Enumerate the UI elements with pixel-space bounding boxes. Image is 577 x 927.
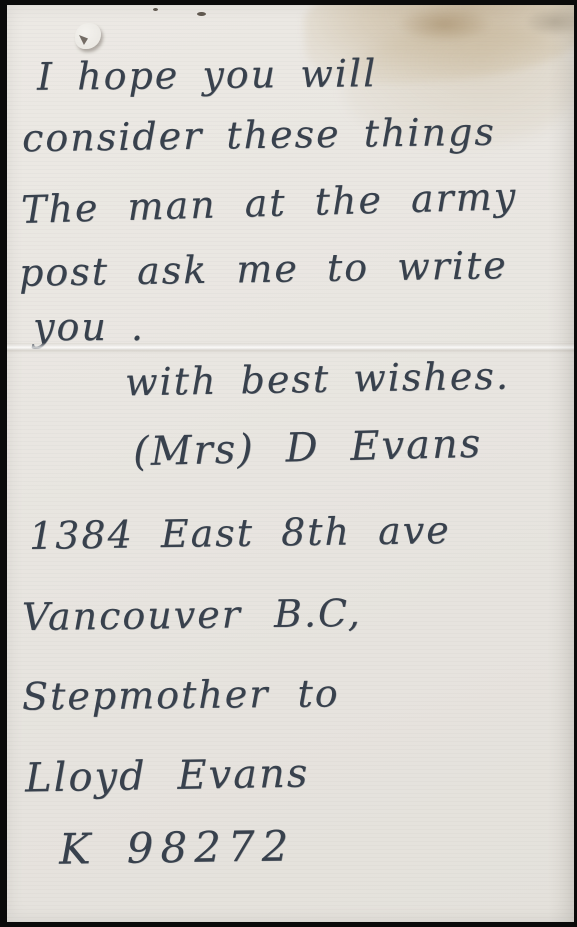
body-line: The man at the army <box>20 174 517 232</box>
paper-edge-shadow <box>548 5 574 922</box>
relation-name-line: Lloyd Evans <box>25 751 310 802</box>
fold-crease <box>7 343 574 353</box>
body-line: I hope you will <box>37 51 378 99</box>
body-line: consider these things <box>22 110 496 161</box>
scan-frame: I hope you will consider these things Th… <box>0 0 577 927</box>
address-street-line: 1384 East 8th ave <box>29 508 451 558</box>
ink-speck <box>197 12 206 16</box>
signature-line: (Mrs) D Evans <box>132 421 482 476</box>
ink-speck <box>153 8 158 11</box>
closing-line: with best wishes. <box>125 354 511 405</box>
water-stain-spot <box>399 7 489 41</box>
body-line: post ask me to write <box>19 243 508 295</box>
service-number-line: K 98272 <box>59 821 296 873</box>
letter-page: I hope you will consider these things Th… <box>7 5 574 922</box>
relation-line: Stepmother to <box>22 671 340 718</box>
address-city-line: Vancouver B.C, <box>22 591 362 639</box>
paper-tear-chip <box>75 23 101 49</box>
